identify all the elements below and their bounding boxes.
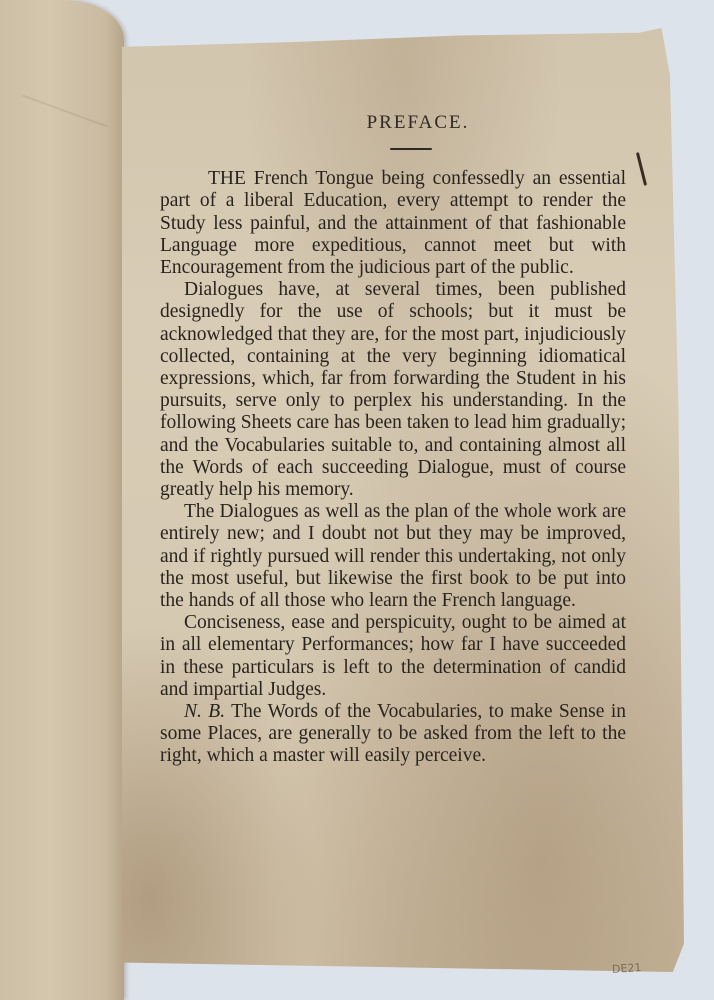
note-label: N. B.: [184, 701, 225, 722]
page-title: PREFACE.: [210, 112, 626, 134]
preface-text: PREFACE. THE French Tongue being confess…: [160, 112, 626, 768]
paragraph-3: The Dialogues as well as the plan of the…: [160, 501, 626, 612]
paragraph-1: THE French Tongue being confessedly an e…: [160, 168, 626, 279]
pencil-mark: DE21: [612, 961, 642, 976]
title-rule: [390, 148, 432, 150]
note-paragraph: N. B. The Words of the Vocabularies, to …: [160, 701, 626, 768]
paragraph-4: Conciseness, ease and perspicuity, ought…: [160, 612, 626, 701]
paragraph-2: Dialogues have, at several times, been p…: [160, 279, 626, 501]
left-page: [0, 0, 124, 1000]
note-text: The Words of the Vocabularies, to make S…: [160, 701, 626, 766]
